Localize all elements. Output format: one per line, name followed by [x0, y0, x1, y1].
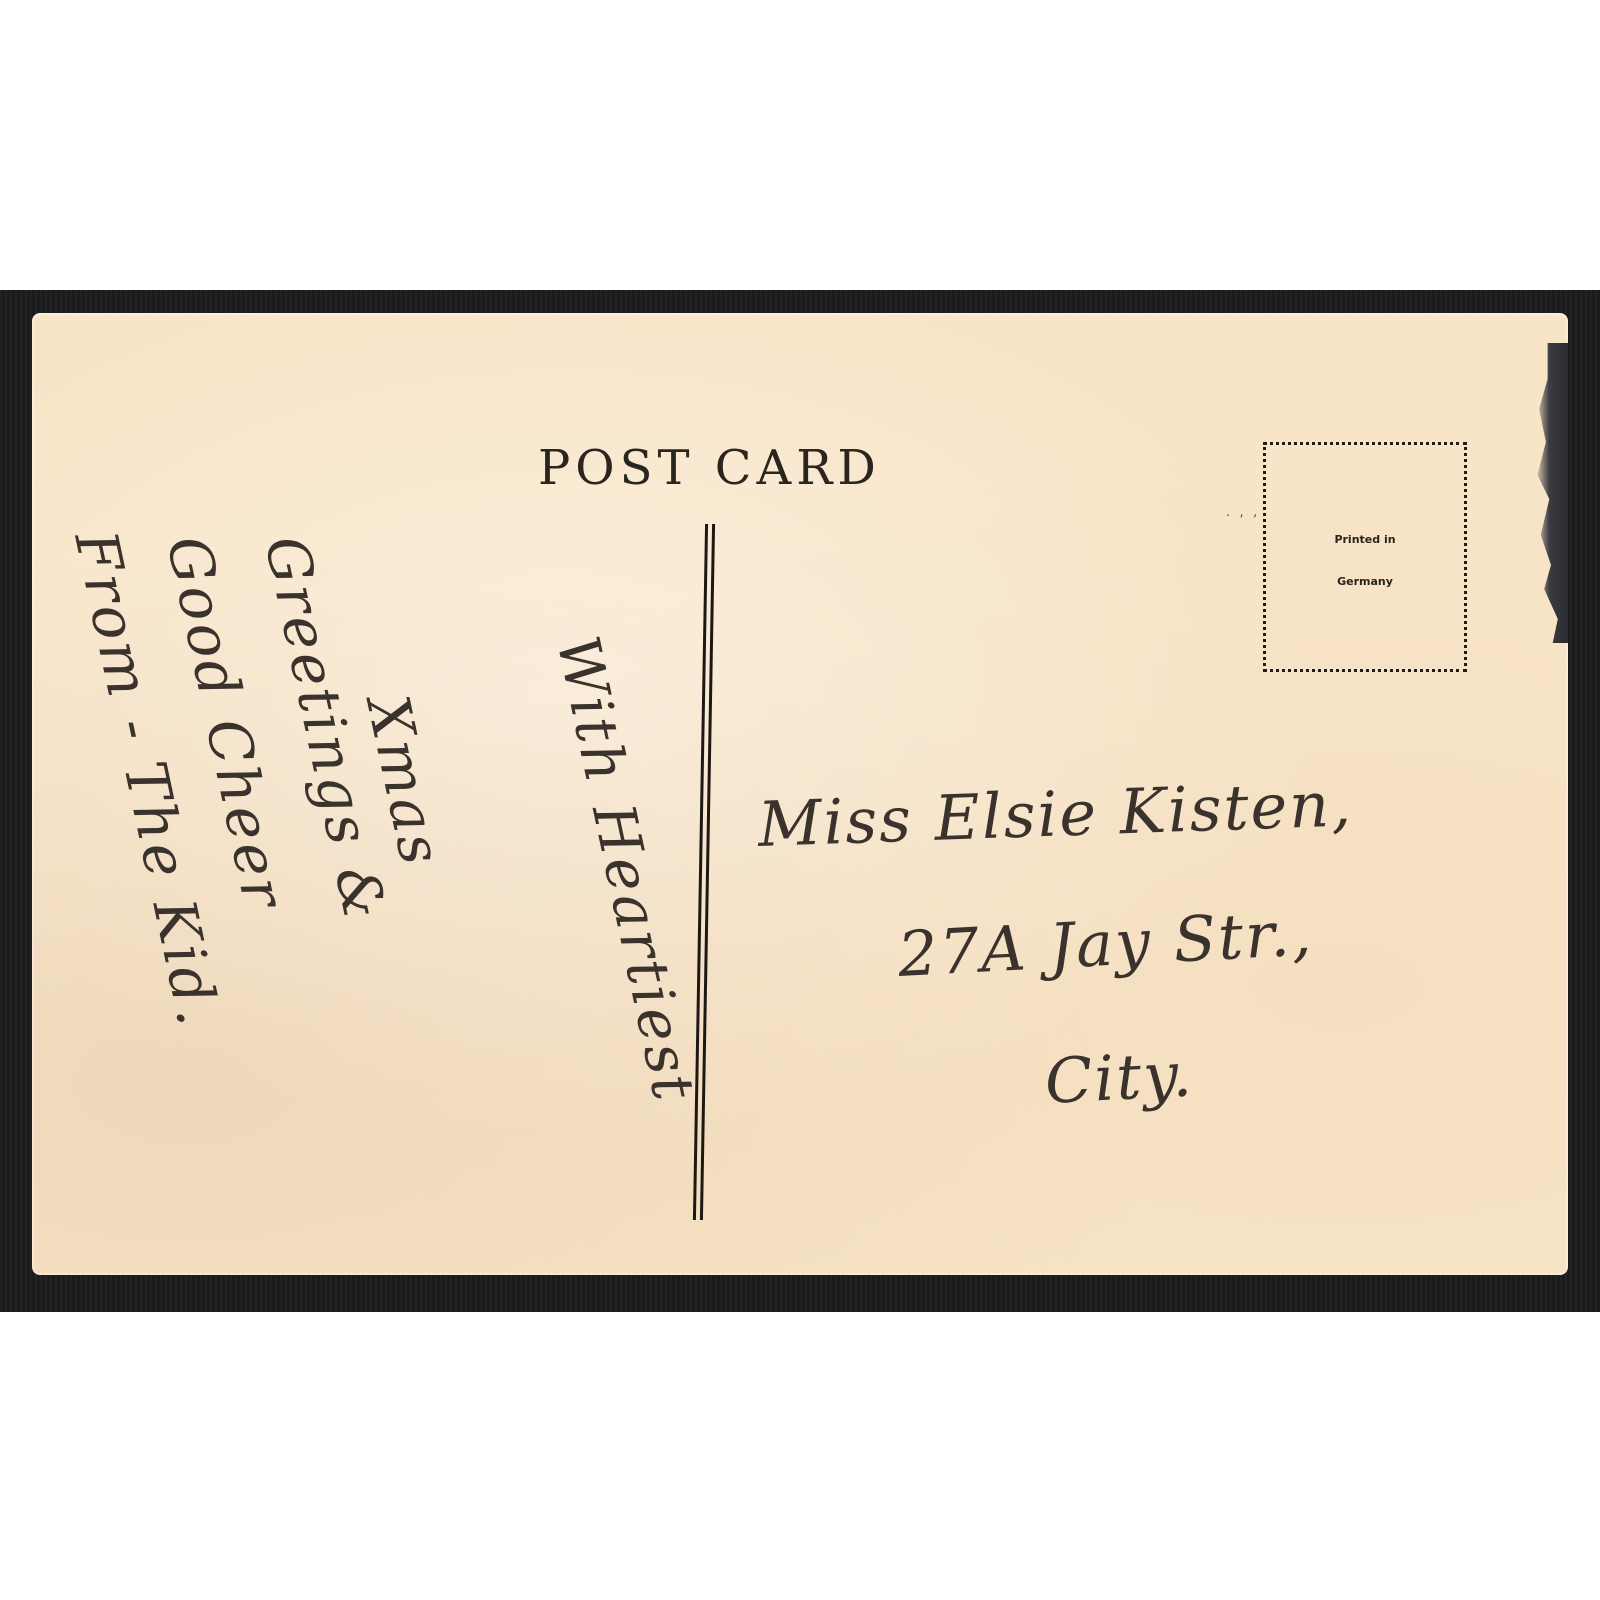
- torn-edge: [1534, 343, 1568, 643]
- perforation-marks: . , ,: [1226, 505, 1260, 519]
- stamp-box-line-1: Printed in: [1266, 533, 1464, 546]
- photo-frame: POST CARD . , , Printed in Germany Miss …: [0, 0, 1600, 1600]
- recipient-city: City.: [1043, 1037, 1195, 1118]
- stamp-box-line-2: Germany: [1266, 575, 1464, 588]
- stamp-box: Printed in Germany: [1263, 442, 1467, 672]
- post-card-header: POST CARD: [538, 440, 881, 496]
